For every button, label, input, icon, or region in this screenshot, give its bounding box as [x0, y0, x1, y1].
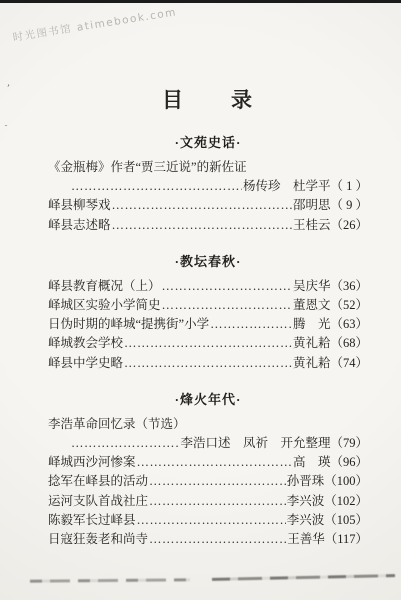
watermark: 时光图书馆 atimebook.com — [12, 4, 178, 45]
toc-section: ·教坛春秋·峄县教育概况（上）…………………………………………………………………… — [48, 251, 368, 373]
dot-leader: …………………………………………………………………………………………………………… — [149, 472, 286, 491]
toc-entry: 陈毅军长过峄县………………………………………………………………………………………… — [48, 511, 368, 530]
page-title: 目 录 — [48, 84, 368, 114]
scan-speck-artifact: ` — [4, 124, 13, 134]
entry-title: 峄城西沙河惨案 — [48, 453, 136, 472]
entry-author-page: 李兴波（102） — [287, 492, 368, 511]
entry-author-page: 黄礼耠（68） — [293, 334, 368, 353]
entry-author-page: 董恩文（52） — [293, 296, 368, 315]
dot-leader: …………………………………………………………………………………………………………… — [210, 315, 292, 334]
section-header: ·文苑史话· — [48, 132, 368, 151]
toc-entry-continuation: …………………………………………………………………………………………………………… — [48, 434, 368, 453]
entry-title: 李浩革命回忆录（节选） — [48, 415, 186, 434]
entry-title: 峄县教育概况（上） — [48, 277, 161, 296]
dot-leader: …………………………………………………………………………………………………………… — [162, 296, 292, 315]
toc-entry: 日伪时期的峄城“提携街”小学……………………………………………………………………… — [48, 315, 368, 334]
entry-author-page: 高 瑛（96） — [293, 453, 368, 472]
entry-title: 峄县柳琴戏 — [48, 196, 111, 215]
entry-author-page: 孙晋珠（100） — [287, 472, 368, 491]
toc-content: 目 录 ·文苑史话·《金瓶梅》作者“贾三近说”的新佐证…………………………………… — [48, 84, 368, 549]
entry-title: 运河支队首战社庄 — [48, 492, 148, 511]
toc-section: ·烽火年代·李浩革命回忆录（节选）……………………………………………………………… — [48, 389, 368, 549]
toc-entry: 运河支队首战社庄……………………………………………………………………………………… — [48, 492, 368, 511]
scan-edge-artifact — [0, 0, 401, 3]
dot-leader: …………………………………………………………………………………………………………… — [149, 492, 286, 511]
entry-title: 峄县志述略 — [48, 216, 111, 235]
entry-author-page: 杨传珍 杜学平（ 1 ） — [243, 177, 368, 196]
toc-entry: 《金瓶梅》作者“贾三近说”的新佐证 — [48, 158, 368, 177]
toc-entry: 峄城区实验小学简史…………………………………………………………………………………… — [48, 296, 368, 315]
section-header: ·烽火年代· — [48, 389, 368, 408]
toc-entry: 李浩革命回忆录（节选） — [48, 415, 368, 434]
dot-leader: …………………………………………………………………………………………………………… — [137, 511, 286, 530]
entry-title: 峄城教会学校 — [48, 334, 123, 353]
dot-leader: …………………………………………………………………………………………………………… — [149, 530, 286, 549]
dot-leader: …………………………………………………………………………………………………………… — [71, 434, 179, 453]
toc-entry: 峄县志述略……………………………………………………………………………………………… — [48, 216, 368, 235]
toc-entry: 捻军在峄县的活动……………………………………………………………………………………… — [48, 472, 368, 491]
entry-author-page: 腾 光（63） — [293, 315, 368, 334]
dot-leader: …………………………………………………………………………………………………………… — [112, 216, 292, 235]
toc-section: ·文苑史话·《金瓶梅》作者“贾三近说”的新佐证……………………………………………… — [48, 132, 368, 235]
entry-author-page: 王桂云（26） — [293, 216, 368, 235]
scanned-page: 时光图书馆 atimebook.com ’ ` 目 录 ·文苑史话·《金瓶梅》作… — [0, 0, 401, 600]
entry-title: 《金瓶梅》作者“贾三近说”的新佐证 — [48, 158, 247, 177]
toc-entry: 峄城西沙河惨案………………………………………………………………………………………… — [48, 453, 368, 472]
scan-speck-artifact: ’ — [5, 84, 10, 94]
dot-leader: …………………………………………………………………………………………………………… — [124, 354, 292, 373]
entry-title: 峄城区实验小学简史 — [48, 296, 161, 315]
entry-title: 峄县中学史略 — [48, 354, 123, 373]
dot-leader: …………………………………………………………………………………………………………… — [124, 334, 292, 353]
toc-sections: ·文苑史话·《金瓶梅》作者“贾三近说”的新佐证……………………………………………… — [48, 132, 368, 549]
scan-smudge-artifact — [30, 578, 190, 582]
entry-author-page: 王善华（117） — [287, 530, 368, 549]
toc-entry: 峄县教育概况（上）…………………………………………………………………………………… — [48, 277, 368, 296]
dot-leader: …………………………………………………………………………………………………………… — [162, 277, 292, 296]
toc-entry: 峄县中学史略…………………………………………………………………………………………… — [48, 354, 368, 373]
toc-entry: 峄县柳琴戏……………………………………………………………………………………………… — [48, 196, 368, 215]
entry-author-page: 吴庆华（36） — [293, 277, 368, 296]
toc-entry: 峄城教会学校…………………………………………………………………………………………… — [48, 334, 368, 353]
toc-entry: 日寇狂轰老和尚寺……………………………………………………………………………………… — [48, 530, 368, 549]
entry-author-page: 黄礼耠（74） — [293, 354, 368, 373]
dot-leader: …………………………………………………………………………………………………………… — [137, 453, 292, 472]
entry-title: 捻军在峄县的活动 — [48, 472, 148, 491]
dot-leader: …………………………………………………………………………………………………………… — [112, 196, 292, 215]
scan-smudge-artifact — [212, 574, 395, 580]
entry-title: 日寇狂轰老和尚寺 — [48, 530, 148, 549]
entry-author-page: 李浩口述 凤祈 开允整理（79） — [180, 434, 368, 453]
entry-title: 日伪时期的峄城“提携街”小学 — [48, 315, 209, 334]
entry-author-page: 邵明思（ 9 ） — [293, 196, 368, 215]
dot-leader: …………………………………………………………………………………………………………… — [71, 177, 242, 196]
entry-title: 陈毅军长过峄县 — [48, 511, 136, 530]
entry-author-page: 李兴波（105） — [287, 511, 368, 530]
toc-entry-continuation: …………………………………………………………………………………………………………… — [48, 177, 368, 196]
section-header: ·教坛春秋· — [48, 251, 368, 270]
